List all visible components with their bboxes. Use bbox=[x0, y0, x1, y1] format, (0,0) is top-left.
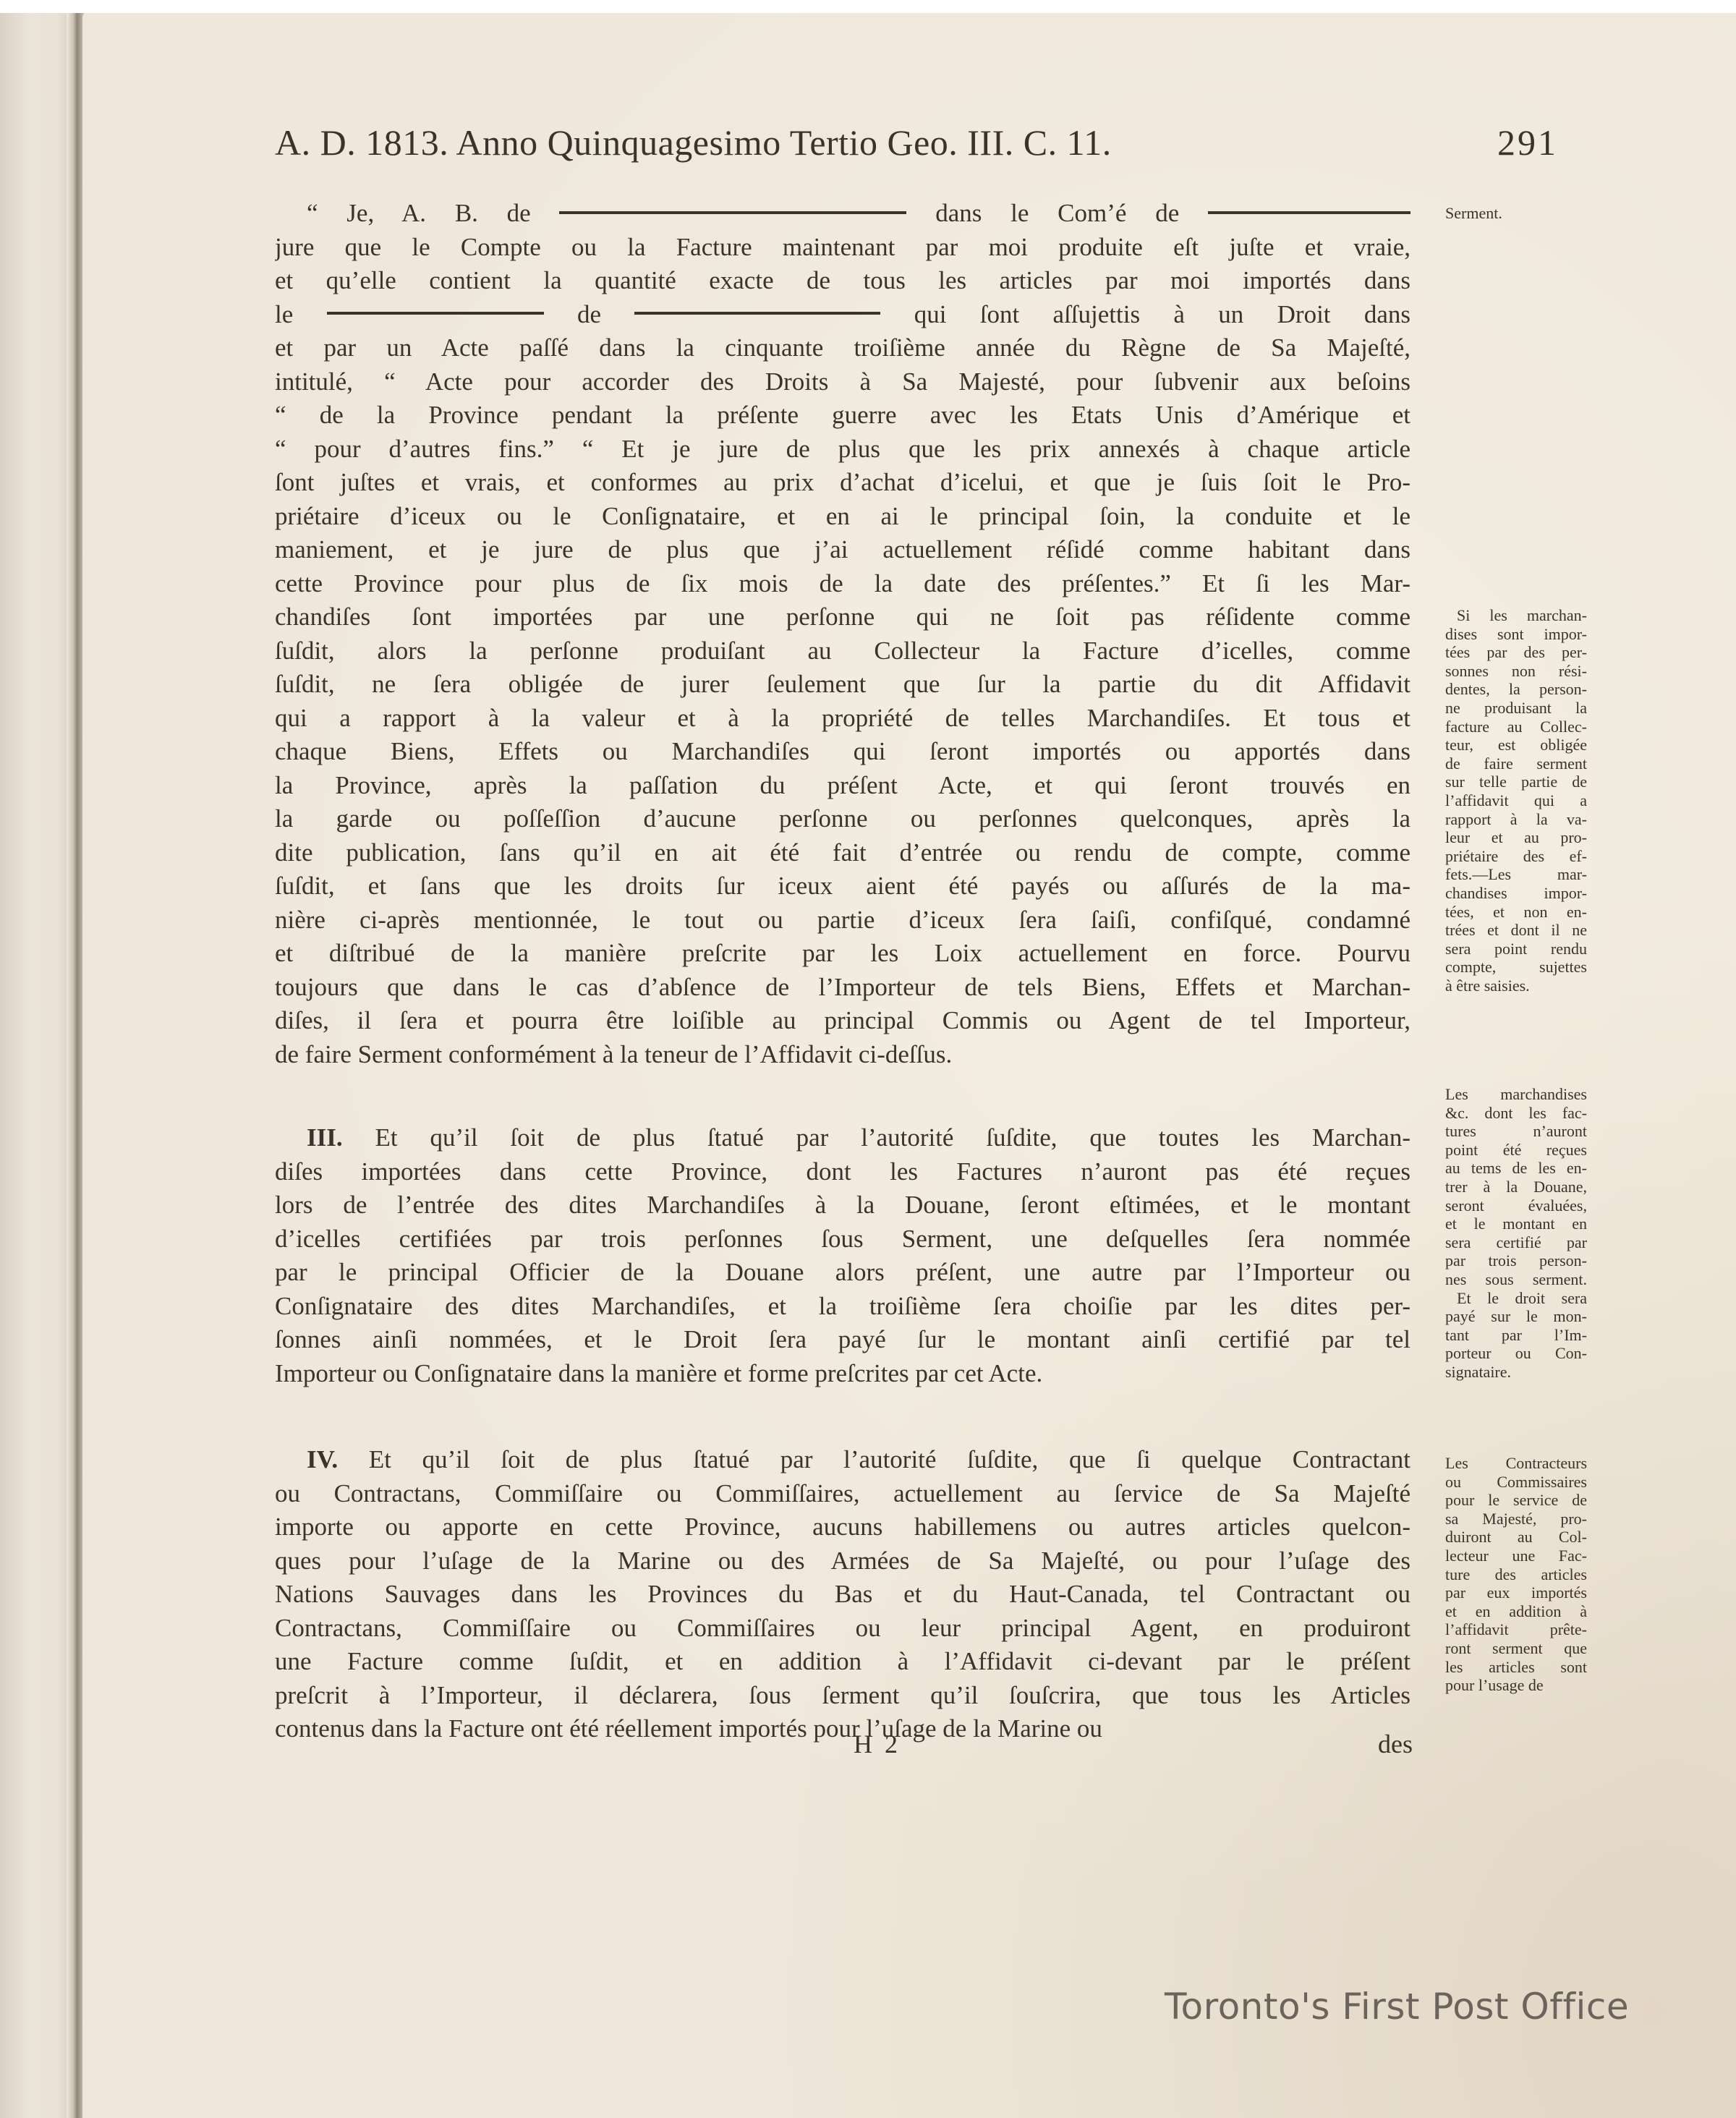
text-line: Conſignataire des dites Marchandiſes, et… bbox=[275, 1290, 1410, 1324]
fill-in-blank-rule bbox=[634, 312, 880, 315]
text-line: maniement, et je jure de plus que j’ai a… bbox=[275, 533, 1410, 567]
text-line: et diſtribué de la manière preſcrite par… bbox=[275, 937, 1410, 971]
text-line: IV. Et qu’il ſoit de plus ſtatué par l’a… bbox=[275, 1443, 1410, 1477]
text-line: ſuſdit, alors la perſonne produiſant au … bbox=[275, 634, 1410, 668]
text-line: lors de l’entrée des dites Marchandiſes … bbox=[275, 1188, 1410, 1222]
text-line: nière ci-après mentionnée, le tout ou pa… bbox=[275, 903, 1410, 937]
fill-in-blank-rule bbox=[559, 211, 906, 214]
catchword: des bbox=[1378, 1729, 1413, 1759]
text-line: chaque Biens, Effets ou Marchandiſes qui… bbox=[275, 735, 1410, 769]
text-line: Nations Sauvages dans les Provinces du B… bbox=[275, 1578, 1410, 1612]
text-line: d’icelles certifiées par trois perſonnes… bbox=[275, 1222, 1410, 1256]
text-line: Importeur ou Conſignataire dans la maniè… bbox=[275, 1357, 1410, 1391]
margin-note: Les marchandises&c. dont les fac-tures n… bbox=[1445, 1085, 1587, 1382]
binding-gutter bbox=[67, 13, 84, 2118]
text-line: ques pour l’uſage de la Marine ou des Ar… bbox=[275, 1544, 1410, 1578]
text-line: ſonnes ainſi nommées, et le Droit ſera p… bbox=[275, 1323, 1410, 1357]
text-line: priétaire d’iceux ou le Conſignataire, e… bbox=[275, 500, 1410, 534]
text-line: toujours que dans le cas d’abſence de l’… bbox=[275, 971, 1410, 1005]
watermark-caption: Toronto's First Post Office bbox=[1165, 1986, 1629, 2028]
fill-in-blank-rule bbox=[327, 312, 544, 315]
text-line: ſuſdit, ne ſera obligée de jurer ſeuleme… bbox=[275, 668, 1410, 702]
text-line: “ de la Province pendant la préſente gue… bbox=[275, 399, 1410, 433]
text-line: la Province, après la paſſation du préſe… bbox=[275, 769, 1410, 803]
text-line: jure que le Compte ou la Facture mainten… bbox=[275, 231, 1410, 265]
text-line: une Facture comme ſuſdit, et en addition… bbox=[275, 1645, 1410, 1679]
text-line: de faire Serment conformément à la teneu… bbox=[275, 1038, 1410, 1072]
margin-note: Les Contracteursou Commissairespour le s… bbox=[1445, 1454, 1587, 1695]
text-line: importe ou apporte en cette Province, au… bbox=[275, 1510, 1410, 1544]
section-number: III. bbox=[307, 1123, 375, 1152]
text-line: le de qui ſont aſſujettis à un Droit dan… bbox=[275, 298, 1410, 332]
previous-leaf-edge bbox=[0, 13, 72, 2118]
text-line: cette Province pour plus de ſix mois de … bbox=[275, 567, 1410, 601]
text-line: et par un Acte paſſé dans la cinquante t… bbox=[275, 331, 1410, 365]
text-line: intitulé, “ Acte pour accorder des Droit… bbox=[275, 365, 1410, 399]
page-number: 291 bbox=[1497, 122, 1558, 163]
signature-mark: H 2 bbox=[854, 1729, 901, 1759]
text-line: III. Et qu’il ſoit de plus ſtatué par l’… bbox=[275, 1121, 1410, 1155]
text-line: “ Je, A. B. de dans le Com’é de bbox=[275, 197, 1410, 231]
text-line: Contractans, Commiſſaire ou Commiſſaires… bbox=[275, 1612, 1410, 1646]
text-line: diſes, il ſera et pourra être loiſible a… bbox=[275, 1004, 1410, 1038]
text-line: ou Contractans, Commiſſaire ou Commiſſai… bbox=[275, 1477, 1410, 1511]
text-line: contenus dans la Facture ont été réellem… bbox=[275, 1712, 1410, 1746]
oath-paragraph: “ Je, A. B. de dans le Com’é de jure que… bbox=[275, 197, 1410, 1071]
text-line: preſcrit à l’Importeur, il déclarera, ſo… bbox=[275, 1679, 1410, 1713]
text-line: et qu’elle contient la quantité exacte d… bbox=[275, 264, 1410, 298]
text-line: ſont juſtes et vrais, et conformes au pr… bbox=[275, 466, 1410, 500]
margin-note: Si les marchan-dises sont impor-tées par… bbox=[1445, 606, 1587, 995]
text-line: qui a rapport à la valeur et à la propri… bbox=[275, 702, 1410, 736]
section-4-paragraph: IV. Et qu’il ſoit de plus ſtatué par l’a… bbox=[275, 1443, 1410, 1746]
fill-in-blank-rule bbox=[1208, 211, 1410, 214]
text-line: dite publication, ſans qu’il en ait été … bbox=[275, 836, 1410, 870]
text-line: par le principal Officier de la Douane a… bbox=[275, 1256, 1410, 1290]
margin-note: Serment. bbox=[1445, 204, 1587, 223]
text-line: “ pour d’autres fins.” “ Et je jure de p… bbox=[275, 433, 1410, 467]
text-line: ſuſdit, et ſans que les droits ſur iceux… bbox=[275, 869, 1410, 903]
section-number: IV. bbox=[307, 1445, 369, 1473]
text-line: diſes importées dans cette Province, don… bbox=[275, 1155, 1410, 1189]
running-title: A. D. 1813. Anno Quinquagesimo Tertio Ge… bbox=[275, 122, 1403, 163]
text-line: chandiſes ſont importées par une perſonn… bbox=[275, 600, 1410, 634]
section-3-paragraph: III. Et qu’il ſoit de plus ſtatué par l’… bbox=[275, 1121, 1410, 1390]
text-line: la garde ou poſſeſſion d’aucune perſonne… bbox=[275, 802, 1410, 836]
